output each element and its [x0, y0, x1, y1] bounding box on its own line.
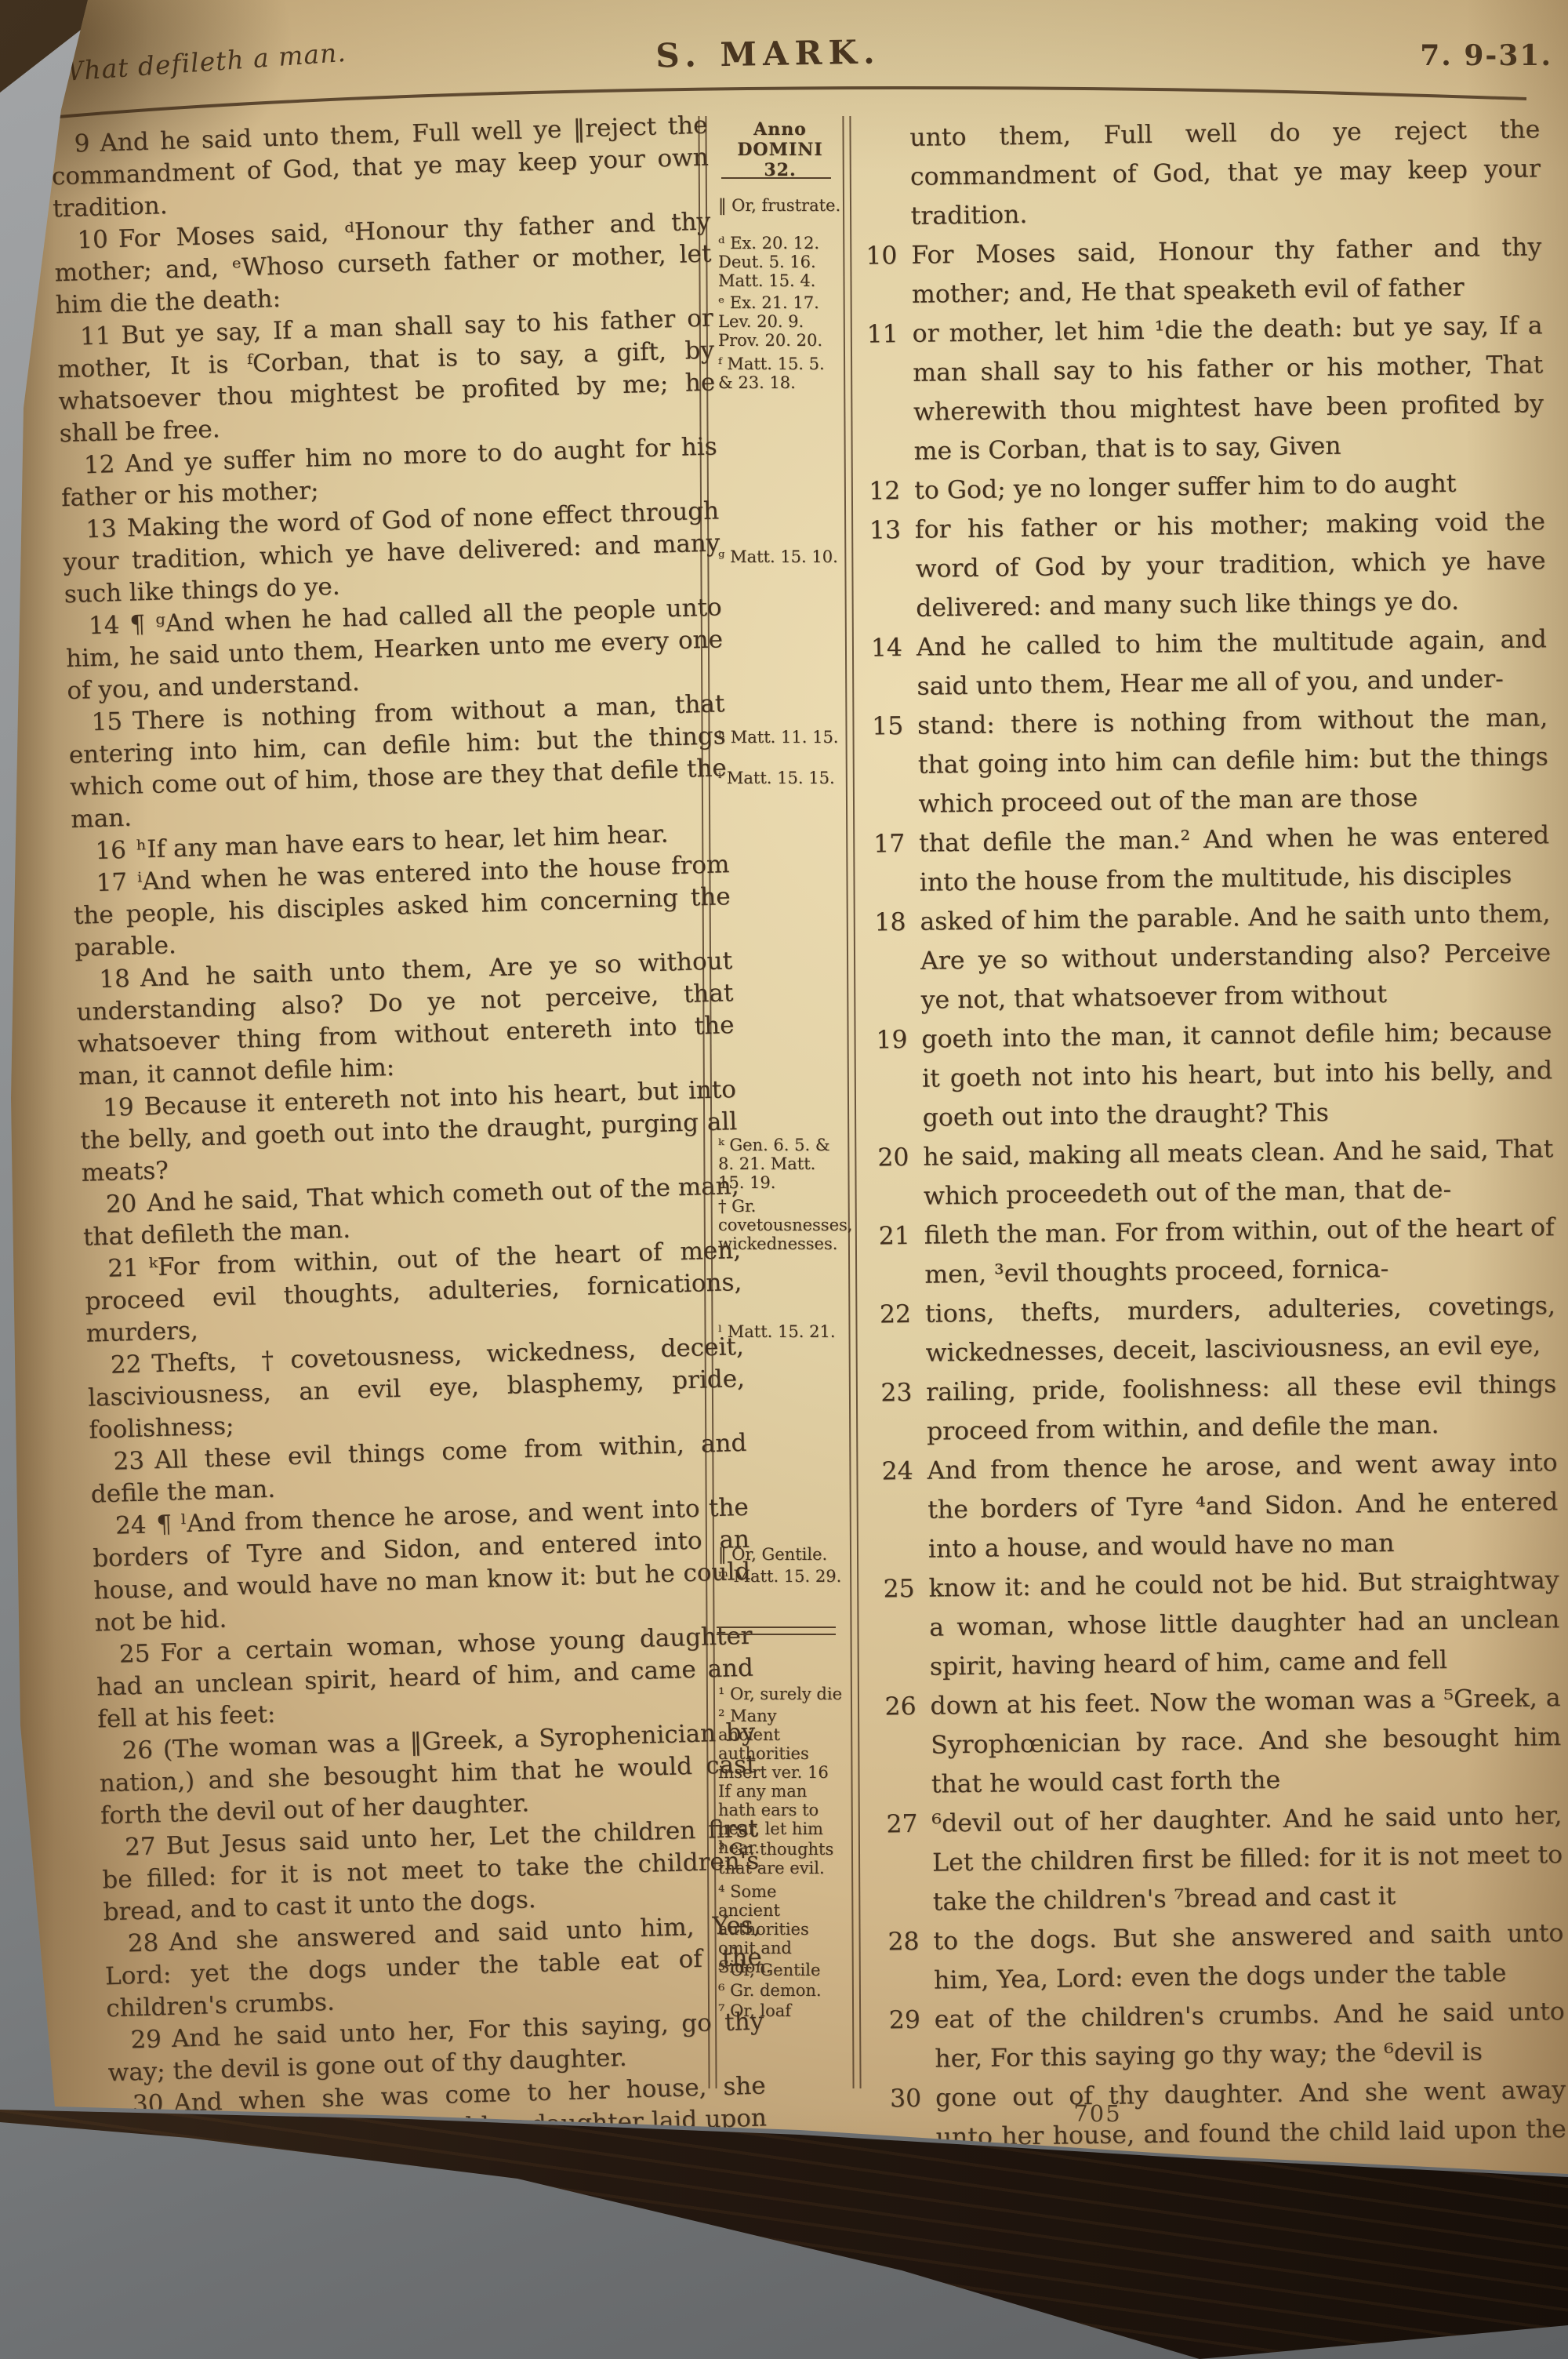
kjv-verse: 13Making the word of God of none effect …	[62, 495, 721, 611]
verse-number: 29	[888, 2001, 935, 2041]
rv-verse: 15stand: there is nothing from without t…	[872, 698, 1549, 824]
rv-verse: 29eat of the children's crumbs. And he s…	[888, 1992, 1565, 2079]
verse-number: 12	[83, 450, 115, 479]
verse-number: 30	[890, 2079, 936, 2119]
page-number: 705	[1011, 2100, 1184, 2127]
kjv-verse: 25For a certain woman, whose young daugh…	[95, 1620, 754, 1736]
verse-number: 13	[869, 511, 916, 551]
margin-note: ᵍ Matt. 15. 10.	[718, 547, 842, 566]
book-photo-scene: What defileth a man. S. MARK. 7. 9-31. 9…	[0, 0, 1568, 2359]
verse-number: 16	[95, 836, 127, 865]
verse-text: he said, making all meats clean. And he …	[923, 1135, 1553, 1211]
verse-number: 11	[866, 314, 913, 354]
margin-note: ⁷ Or, loaf	[718, 2001, 842, 2020]
verse-text: fileth the man. For from within, out of …	[924, 1213, 1554, 1289]
verse-number: 25	[118, 1640, 151, 1669]
verse-text: asked of him the parable. And he saith u…	[920, 900, 1551, 1015]
rv-verse: 10For Moses said, Honour thy father and …	[866, 227, 1542, 314]
margin-note: ˡ Matt. 15. 21.	[718, 1322, 842, 1341]
margin-note: ᶠ Matt. 15. 5. & 23. 18.	[718, 354, 842, 392]
verse-text: Thefts, †covetousness, wickedness, decei…	[88, 1332, 746, 1445]
kjv-verse: 22Thefts, †covetousness, wickedness, dec…	[86, 1331, 746, 1447]
verse-number: 28	[887, 1922, 934, 1962]
verse-text: unto them, Full well do ye reject the co…	[909, 115, 1541, 231]
rv-verse: 28to the dogs. But she answered and sait…	[887, 1914, 1564, 2001]
kjv-verse: 24¶ ˡAnd from thence he arose, and went …	[91, 1492, 751, 1640]
rv-verse: 18asked of him the parable. And he saith…	[874, 894, 1552, 1020]
rv-verse: 21fileth the man. For from within, out o…	[878, 1208, 1555, 1295]
kjv-verse: 27But Jesus said unto her, Let the child…	[101, 1813, 760, 1929]
rv-verse: unto them, Full well do ye reject the co…	[864, 110, 1541, 236]
verse-number: 14	[871, 628, 917, 668]
rv-text-column: unto them, Full well do ye reject the co…	[864, 110, 1568, 2314]
margin-note: ʰ Matt. 11. 15.	[718, 728, 842, 747]
verse-text: For Moses said, ᵈHonour thy father and t…	[54, 208, 712, 320]
verse-text: But ye say, If a man shall say to his fa…	[57, 304, 716, 448]
verse-text: ⁶devil out of her daughter. And he said …	[931, 1801, 1563, 1917]
rv-verse: 27⁶devil out of her daughter. And he sai…	[886, 1796, 1563, 1922]
verse-text: Because it entereth not into his heart, …	[80, 1075, 738, 1187]
verse-text: Making the word of God of none effect th…	[63, 496, 720, 609]
verse-number: 9	[74, 129, 90, 158]
verse-text: And he said unto them, Full well ye ‖rej…	[51, 111, 709, 224]
verse-text: ᵏFor from within, out of the heart of me…	[85, 1236, 742, 1348]
verse-number: 19	[103, 1093, 135, 1122]
page-title: S. MARK.	[596, 31, 942, 76]
margin-note: ᵉ Ex. 21. 17. Lev. 20. 9. Prov. 20. 20.	[718, 293, 842, 350]
verse-number: 14	[88, 611, 120, 640]
margin-note: † Gr. covetousnesses, wickednesses.	[718, 1197, 842, 1253]
verse-number: 18	[99, 965, 131, 994]
verse-text: And she answered and said unto him, Yes,…	[105, 1911, 763, 2023]
verse-text: For Moses said, Honour thy father and th…	[911, 233, 1541, 309]
verse-number: 27	[125, 1832, 157, 1861]
margin-note: ⁵ Or, Gentile	[718, 1961, 842, 1979]
verse-number: 23	[880, 1373, 927, 1413]
kjv-verse: 28And she answered and said unto him, Ye…	[103, 1910, 763, 2026]
verse-text: And from thence he arose, and went away …	[927, 1448, 1558, 1564]
rv-verse: 23railing, pride, foolishness: all these…	[880, 1365, 1557, 1452]
rv-verse: 13for his father or his mother; making v…	[869, 502, 1547, 628]
verse-number: 25	[883, 1569, 929, 1609]
anno-domini-label: Anno DOMINI 32.	[715, 119, 845, 180]
kjv-verse: 14¶ ᵍAnd when he had called all the peop…	[64, 591, 724, 707]
verse-text: ⁱAnd when he was entered into the house …	[73, 850, 731, 962]
verse-text: railing, pride, foolishness: all these e…	[926, 1370, 1556, 1446]
verse-number: 22	[110, 1350, 142, 1379]
verse-text: ¶ ᵍAnd when he had called all the people…	[66, 593, 724, 705]
rv-verse: 25know it: and he could not be hid. But …	[883, 1561, 1560, 1687]
verse-number: 20	[105, 1190, 137, 1219]
verse-number: 23	[113, 1447, 145, 1476]
verse-number: 17	[873, 824, 920, 864]
margin-note: ³ Gr. thoughts that are evil.	[718, 1840, 842, 1877]
margin-note: ᵈ Ex. 20. 12. Deut. 5. 16. Matt. 15. 4.	[718, 234, 842, 290]
verse-number: 17	[96, 868, 128, 897]
verse-text: There is nothing from without a man, tha…	[68, 689, 727, 834]
verse-number: 28	[127, 1928, 159, 1957]
verse-text: that defile the man.² And when he was en…	[919, 821, 1549, 897]
verse-number: 12	[869, 471, 915, 511]
margin-note: ‖ Or, Gentile.	[718, 1545, 842, 1564]
margin-note: ᵏ Gen. 6. 5. & 8. 21. Matt. 15. 19.	[718, 1136, 842, 1192]
verse-text: goeth into the man, it cannot defile him…	[921, 1017, 1552, 1132]
rv-verse: 24And from thence he arose, and went awa…	[881, 1443, 1559, 1569]
rv-verse: 19goeth into the man, it cannot defile h…	[876, 1012, 1553, 1138]
rv-verse: 17that defile the man.² And when he was …	[873, 816, 1550, 903]
verse-text: tions, thefts, murders, adulteries, cove…	[925, 1292, 1555, 1368]
bible-page: What defileth a man. S. MARK. 7. 9-31. 9…	[0, 0, 1568, 2359]
verse-number: 21	[878, 1216, 924, 1256]
verse-number: 18	[874, 903, 920, 943]
rv-verse: 14And he called to him the multitude aga…	[871, 620, 1548, 707]
verse-text: For a certain woman, whose young daughte…	[96, 1622, 754, 1734]
margin-note: ⁶ Gr. demon.	[718, 1981, 842, 2000]
verse-number: 22	[880, 1295, 926, 1335]
kjv-verse: 17ⁱAnd when he was entered into the hous…	[72, 849, 731, 965]
verse-text: or mother, let him ¹die the death: but y…	[912, 311, 1544, 466]
verse-number: 10	[866, 236, 912, 276]
rv-verse: 22tions, thefts, murders, adulteries, co…	[880, 1286, 1556, 1373]
verse-number: 10	[77, 225, 109, 254]
margin-note: ¹ Or, surely die	[718, 1685, 842, 1703]
verse-number: 26	[122, 1736, 154, 1765]
verse-text: And he called to him the multitude again…	[916, 625, 1547, 701]
verse-number: 20	[877, 1138, 924, 1178]
margin-note: ᵐ Matt. 15. 29.	[718, 1567, 842, 1586]
verse-number: 11	[80, 322, 112, 351]
verse-number: 29	[130, 2025, 162, 2054]
verse-number: 19	[876, 1020, 922, 1060]
kjv-verse: 19Because it entereth not into his heart…	[79, 1074, 739, 1190]
verse-number: 15	[91, 707, 123, 736]
verse-text: And he saith unto them, Are ye so withou…	[76, 947, 735, 1091]
kjv-verse: 26(The woman was a ‖Greek, a Syrophenici…	[98, 1717, 757, 1833]
margin-note: ⁱ Matt. 15. 15.	[718, 769, 842, 787]
margin-note: ² Many ancient authorities insert ver. 1…	[718, 1707, 842, 1857]
verse-text: know it: and he could not be hid. But st…	[928, 1566, 1559, 1681]
verse-text: to God; ye no longer suffer him to do au…	[914, 470, 1457, 505]
kjv-verse: 11But ye say, If a man shall say to his …	[56, 302, 716, 450]
kjv-verse: 15There is nothing from without a man, t…	[67, 688, 728, 836]
kjv-verse: 10For Moses said, ᵈHonour thy father and…	[53, 206, 713, 322]
verse-number: 27	[886, 1805, 932, 1845]
verse-number: 24	[881, 1452, 927, 1492]
chapter-verse-ref: 7. 9-31.	[1403, 39, 1552, 72]
kjv-verse: 18And he saith unto them, Are ye so with…	[75, 945, 735, 1093]
annotations-section-divider	[717, 1627, 836, 1635]
verse-text: to the dogs. But she answered and saith …	[933, 1919, 1563, 1995]
annotations-rule	[721, 177, 831, 179]
verse-text: for his father or his mother; making voi…	[915, 507, 1546, 623]
verse-number: 13	[85, 514, 118, 543]
verse-text: down at his feet. Now the woman was a ⁵G…	[930, 1684, 1561, 1799]
verse-text: But Jesus said unto her, Let the childre…	[102, 1815, 760, 1927]
verse-number	[864, 146, 909, 147]
rv-verse: 20he said, making all meats clean. And h…	[877, 1129, 1554, 1216]
verse-number: 15	[872, 707, 918, 747]
verse-number: 26	[884, 1687, 931, 1727]
verse-text: (The woman was a ‖Greek, a Syrophenician…	[99, 1718, 757, 1830]
verse-text: eat of the children's crumbs. And he sai…	[935, 1997, 1565, 2074]
verse-number: 24	[115, 1511, 147, 1540]
verse-text: ¶ ˡAnd from thence he arose, and went in…	[93, 1493, 751, 1637]
verse-number: 21	[107, 1254, 140, 1283]
rv-verse: 26down at his feet. Now the woman was a …	[884, 1678, 1562, 1805]
kjv-verse: 21ᵏFor from within, out of the heart of …	[84, 1234, 743, 1350]
kjv-text-column: 9And he said unto them, Full well ye ‖re…	[50, 110, 771, 2283]
margin-note: ‖ Or, frustrate.	[718, 196, 842, 215]
kjv-verse: 9And he said unto them, Full well ye ‖re…	[50, 110, 710, 226]
rv-verse: 11or mother, let him ¹die the death: but…	[866, 306, 1544, 471]
verse-text: stand: there is nothing from without the…	[917, 703, 1548, 819]
